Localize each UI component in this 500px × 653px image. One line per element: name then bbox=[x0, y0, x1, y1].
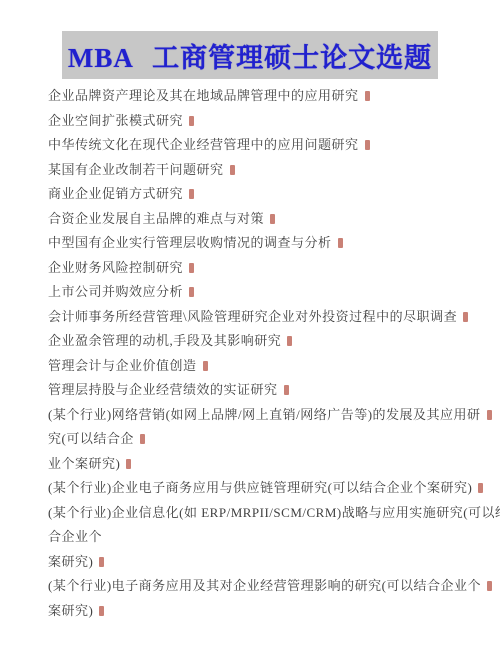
topic-text: 合企业个 bbox=[48, 525, 102, 550]
topic-line: 合资企业发展自主品牌的难点与对策 bbox=[48, 207, 458, 232]
paragraph-end-mark-icon bbox=[284, 385, 289, 395]
paragraph-end-mark-icon bbox=[270, 214, 275, 224]
topic-text: 上市公司并购效应分析 bbox=[48, 280, 183, 305]
paragraph-end-mark-icon bbox=[365, 140, 370, 150]
topic-text: 案研究) bbox=[48, 599, 93, 624]
topic-line: 企业品牌资产理论及其在地域品牌管理中的应用研究 bbox=[48, 84, 458, 109]
topic-line: (某个行业)企业电子商务应用与供应链管理研究(可以结合企业个案研究) bbox=[48, 476, 458, 501]
topic-line: 企业财务风险控制研究 bbox=[48, 256, 458, 281]
page-title: MBA 工商管理硕士论文选题 bbox=[68, 36, 432, 75]
topics-list: 企业品牌资产理论及其在地域品牌管理中的应用研究 企业空间扩张模式研究 中华传统文… bbox=[48, 84, 458, 623]
topic-text: 案研究) bbox=[48, 550, 93, 575]
topic-line: 管理层持股与企业经营绩效的实证研究 bbox=[48, 378, 458, 403]
paragraph-end-mark-icon bbox=[189, 287, 194, 297]
topic-line: (某个行业)网络营销(如网上品牌/网上直销/网络广告等)的发展及其应用研 bbox=[48, 403, 458, 428]
paragraph-end-mark-icon bbox=[365, 91, 370, 101]
paragraph-end-mark-icon bbox=[230, 165, 235, 175]
topic-line: 某国有企业改制若干问题研究 bbox=[48, 158, 458, 183]
title-banner: MBA 工商管理硕士论文选题 bbox=[62, 31, 438, 79]
topic-line: (某个行业)电子商务应用及其对企业经营管理影响的研究(可以结合企业个 bbox=[48, 574, 458, 599]
document-page: MBA 工商管理硕士论文选题 企业品牌资产理论及其在地域品牌管理中的应用研究 企… bbox=[0, 0, 500, 653]
topic-text: 究(可以结合企 bbox=[48, 427, 134, 452]
paragraph-end-mark-icon bbox=[487, 581, 492, 591]
topic-text: 商业企业促销方式研究 bbox=[48, 182, 183, 207]
topic-text: (某个行业)企业信息化(如 ERP/MRPII/SCM/CRM)战略与应用实施研… bbox=[48, 501, 500, 526]
topic-line: 案研究) bbox=[48, 599, 458, 624]
paragraph-end-mark-icon bbox=[126, 459, 131, 469]
topic-text: 某国有企业改制若干问题研究 bbox=[48, 158, 224, 183]
topic-line: 案研究) bbox=[48, 550, 458, 575]
paragraph-end-mark-icon bbox=[99, 606, 104, 616]
paragraph-end-mark-icon bbox=[203, 361, 208, 371]
topic-line: 合企业个 bbox=[48, 525, 458, 550]
paragraph-end-mark-icon bbox=[463, 312, 468, 322]
paragraph-end-mark-icon bbox=[478, 483, 483, 493]
topic-text: 管理会计与企业价值创造 bbox=[48, 354, 197, 379]
topic-text: 管理层持股与企业经营绩效的实证研究 bbox=[48, 378, 278, 403]
topic-line: (某个行业)企业信息化(如 ERP/MRPII/SCM/CRM)战略与应用实施研… bbox=[48, 501, 458, 526]
topic-text: 企业品牌资产理论及其在地域品牌管理中的应用研究 bbox=[48, 84, 359, 109]
topic-line: 管理会计与企业价值创造 bbox=[48, 354, 458, 379]
topic-text: 会计师事务所经营管理\风险管理研究企业对外投资过程中的尽职调查 bbox=[48, 305, 457, 330]
topic-line: 中型国有企业实行管理层收购情况的调查与分析 bbox=[48, 231, 458, 256]
paragraph-end-mark-icon bbox=[140, 434, 145, 444]
topic-text: 中型国有企业实行管理层收购情况的调查与分析 bbox=[48, 231, 332, 256]
topic-line: 业个案研究) bbox=[48, 452, 458, 477]
topic-text: 企业盈余管理的动机,手段及其影响研究 bbox=[48, 329, 281, 354]
paragraph-end-mark-icon bbox=[189, 116, 194, 126]
paragraph-end-mark-icon bbox=[99, 557, 104, 567]
topic-text: (某个行业)企业电子商务应用与供应链管理研究(可以结合企业个案研究) bbox=[48, 476, 472, 501]
topic-text: 企业财务风险控制研究 bbox=[48, 256, 183, 281]
topic-line: 中华传统文化在现代企业经营管理中的应用问题研究 bbox=[48, 133, 458, 158]
topic-line: 企业盈余管理的动机,手段及其影响研究 bbox=[48, 329, 458, 354]
paragraph-end-mark-icon bbox=[338, 238, 343, 248]
topic-text: 中华传统文化在现代企业经营管理中的应用问题研究 bbox=[48, 133, 359, 158]
paragraph-end-mark-icon bbox=[189, 263, 194, 273]
topic-line: 上市公司并购效应分析 bbox=[48, 280, 458, 305]
paragraph-end-mark-icon bbox=[287, 336, 292, 346]
topic-line: 企业空间扩张模式研究 bbox=[48, 109, 458, 134]
topic-line: 究(可以结合企 bbox=[48, 427, 458, 452]
paragraph-end-mark-icon bbox=[487, 410, 492, 420]
paragraph-end-mark-icon bbox=[189, 189, 194, 199]
topic-text: 合资企业发展自主品牌的难点与对策 bbox=[48, 207, 264, 232]
topic-text: 业个案研究) bbox=[48, 452, 120, 477]
topic-text: (某个行业)网络营销(如网上品牌/网上直销/网络广告等)的发展及其应用研 bbox=[48, 403, 481, 428]
topic-text: (某个行业)电子商务应用及其对企业经营管理影响的研究(可以结合企业个 bbox=[48, 574, 481, 599]
topic-line: 商业企业促销方式研究 bbox=[48, 182, 458, 207]
topic-line: 会计师事务所经营管理\风险管理研究企业对外投资过程中的尽职调查 bbox=[48, 305, 458, 330]
topic-text: 企业空间扩张模式研究 bbox=[48, 109, 183, 134]
